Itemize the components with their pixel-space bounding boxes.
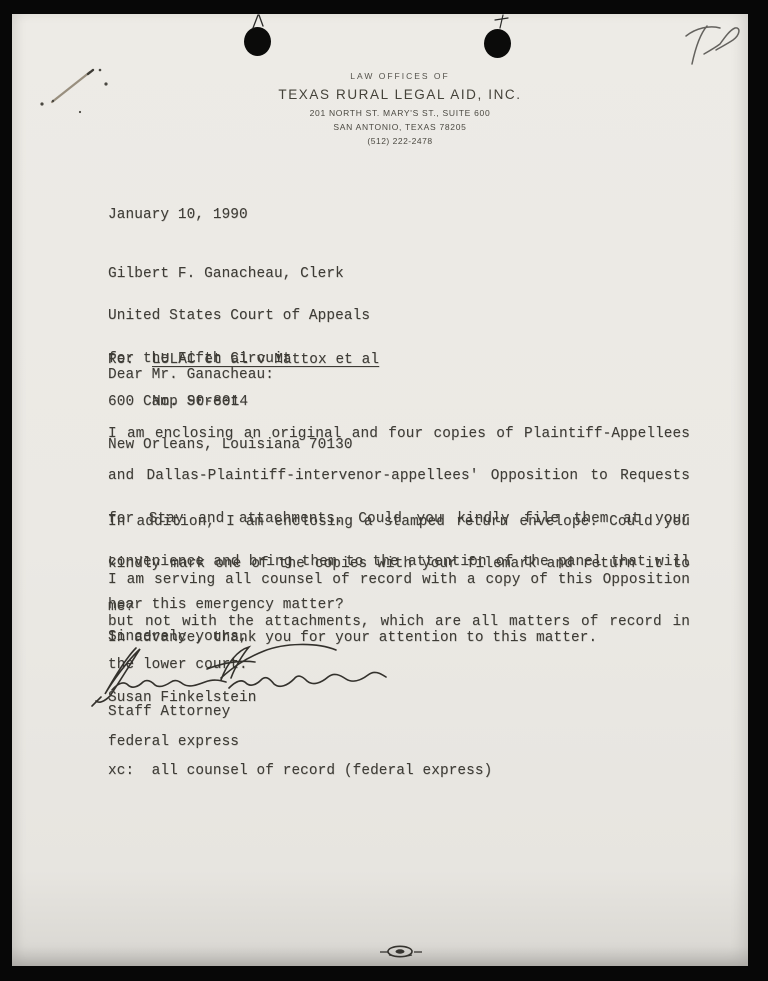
handwritten-file-note [680,20,744,72]
delivery-method-line: federal express [108,735,239,749]
re-line: Re:LULAC et al v Mattox et al [108,353,379,367]
staple-mark-icon [488,14,514,30]
org-name: TEXAS RURAL LEGAL AID, INC. [100,87,700,102]
org-address-line2: SAN ANTONIO, TEXAS 78205 [100,122,700,132]
closing: Sincerely yours, [108,630,248,644]
paragraph-line: In addition, I am enclosing a stamped re… [108,515,690,529]
punch-hole-icon [484,29,511,58]
signer-title: Staff Attorney [108,705,230,719]
org-address-line1: 201 NORTH ST. MARY'S ST., SUITE 600 [100,108,700,118]
recipient-line: Gilbert F. Ganacheau, Clerk [108,267,370,281]
case-name: LULAC et al v Mattox et al [152,352,379,368]
salutation: Dear Mr. Ganacheau: [108,368,274,382]
paragraph-line: I am enclosing an original and four copi… [108,427,690,441]
recipient-line: United States Court of Appeals [108,309,370,323]
letterhead: LAW OFFICES OF TEXAS RURAL LEGAL AID, IN… [100,71,700,146]
cc-line: xc: all counsel of record (federal expre… [108,764,492,778]
re-label: Re: [108,353,152,367]
date-line: January 10, 1990 [108,208,248,222]
punch-hole-icon [244,27,271,56]
letter-page: LAW OFFICES OF TEXAS RURAL LEGAL AID, IN… [12,14,748,966]
org-phone: (512) 222-2478 [100,136,700,146]
letterhead-office-line: LAW OFFICES OF [100,71,700,81]
scanner-smudge-mark [378,943,424,961]
scanned-letter-screenshot: { "page": { "paper_color": "#ebe9e4", "s… [0,0,768,981]
paragraph-line: and Dallas-Plaintiff-intervenor-appellee… [108,469,690,483]
paragraph-line: I am serving all counsel of record with … [108,573,690,587]
